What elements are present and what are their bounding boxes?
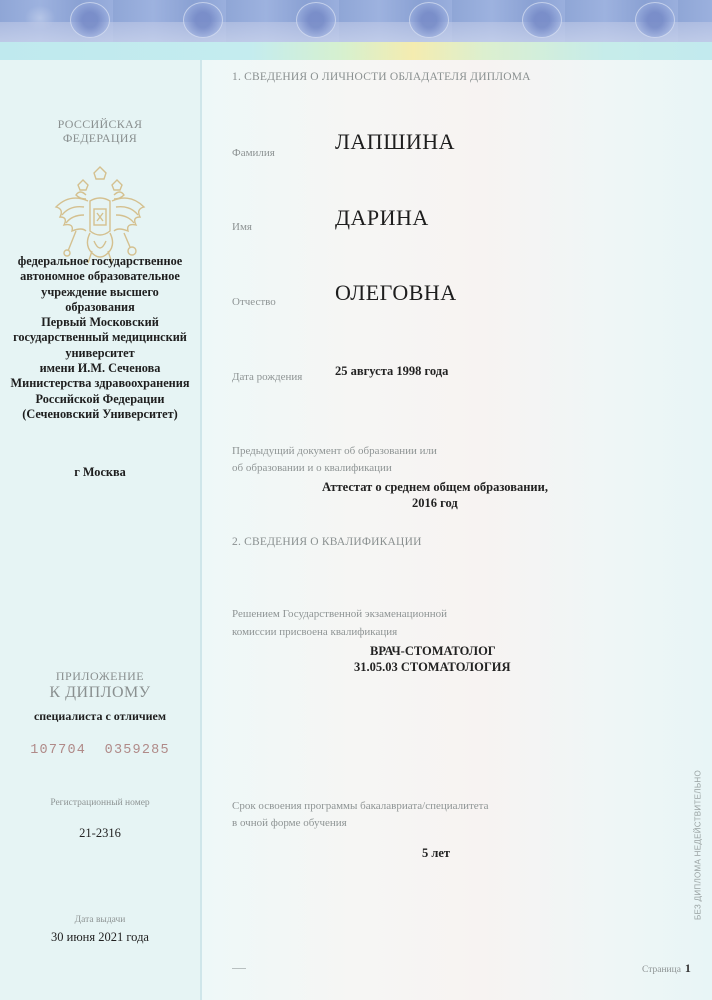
country-line-1: РОССИЙСКАЯ [0, 117, 200, 132]
institution-line: Министерства здравоохранения [4, 376, 196, 391]
institution-name: федеральное государственное автономное о… [4, 254, 196, 422]
rosette-ornament-icon [522, 2, 562, 38]
page-indicator: Страница 1 [642, 959, 691, 977]
document-type: специалиста с отличием [0, 709, 200, 724]
footer-dash [232, 968, 246, 969]
document-title-line-1: ПРИЛОЖЕНИЕ [0, 669, 200, 684]
prev-doc-label-line-1: Предыдущий документ об образовании или [232, 445, 437, 457]
prev-doc-value-line-1: Аттестат о среднем общем образовании, [322, 480, 548, 495]
duration-label-line-1: Срок освоения программы бакалавриата/спе… [232, 800, 489, 812]
name-label: Имя [232, 221, 252, 233]
institution-line: Российской Федерации [4, 392, 196, 407]
prev-doc-value-line-2: 2016 год [412, 496, 458, 511]
patronymic-value: ОЛЕГОВНА [335, 280, 457, 306]
country-line-2: ФЕДЕРАЦИЯ [0, 131, 200, 146]
institution-line: автономное образовательное [4, 269, 196, 284]
institution-line: учреждение высшего [4, 285, 196, 300]
institution-line: Первый Московский [4, 315, 196, 330]
duration-value: 5 лет [422, 846, 450, 861]
prev-doc-label-line-2: об образовании и о квалификации [232, 462, 392, 474]
document-title-line-2: К ДИПЛОМУ [0, 684, 200, 702]
issuer-city: г Москва [0, 465, 200, 480]
qualification-label-line-1: Решением Государственной экзаменационной [232, 608, 447, 620]
institution-line: (Сеченовский Университет) [4, 407, 196, 422]
institution-line: образования [4, 300, 196, 315]
name-value: ДАРИНА [335, 205, 429, 231]
validity-side-note: БЕЗ ДИПЛОМА НЕДЕЙСТВИТЕЛЬНО [688, 760, 708, 930]
issue-date: 30 июня 2021 года [0, 930, 200, 945]
rosette-ornament-icon [296, 2, 336, 38]
rosette-ornament-icon [409, 2, 449, 38]
security-band [0, 0, 712, 42]
rosette-ornament-icon [183, 2, 223, 38]
iridescent-stripe [0, 42, 712, 60]
qualification-label-line-2: комиссии присвоена квалификация [232, 626, 397, 638]
holder-details-panel: 1. СВЕДЕНИЯ О ЛИЧНОСТИ ОБЛАДАТЕЛЯ ДИПЛОМ… [202, 60, 712, 1000]
registration-label: Регистрационный номер [0, 798, 200, 808]
patronymic-label: Отчество [232, 296, 276, 308]
institution-line: имени И.М. Сеченова [4, 361, 196, 376]
issue-date-label: Дата выдачи [0, 915, 200, 925]
institution-line: государственный медицинский [4, 330, 196, 345]
rosette-ornament-icon [70, 2, 110, 38]
institution-line: федеральное государственное [4, 254, 196, 269]
rosette-ornament-icon [635, 2, 675, 38]
institution-line: университет [4, 346, 196, 361]
section-1-title: 1. СВЕДЕНИЯ О ЛИЧНОСТИ ОБЛАДАТЕЛЯ ДИПЛОМ… [232, 71, 531, 83]
qualification-value-line-2: 31.05.03 СТОМАТОЛОГИЯ [354, 660, 511, 675]
validity-side-note-text: БЕЗ ДИПЛОМА НЕДЕЙСТВИТЕЛЬНО [694, 770, 703, 920]
page-number: 1 [685, 961, 691, 975]
birthdate-label: Дата рождения [232, 371, 302, 383]
surname-label: Фамилия [232, 147, 275, 159]
serial-number: 107704 0359285 [0, 743, 200, 758]
birthdate-value: 25 августа 1998 года [335, 364, 448, 379]
page-label: Страница [642, 965, 681, 975]
issuer-panel: РОССИЙСКАЯ ФЕДЕРАЦИЯ [0, 60, 200, 1000]
duration-label-line-2: в очной форме обучения [232, 817, 347, 829]
qualification-value-line-1: ВРАЧ-СТОМАТОЛОГ [370, 644, 496, 659]
registration-number: 21-2316 [0, 826, 200, 841]
surname-value: ЛАПШИНА [335, 129, 455, 155]
section-2-title: 2. СВЕДЕНИЯ О КВАЛИФИКАЦИИ [232, 536, 422, 548]
